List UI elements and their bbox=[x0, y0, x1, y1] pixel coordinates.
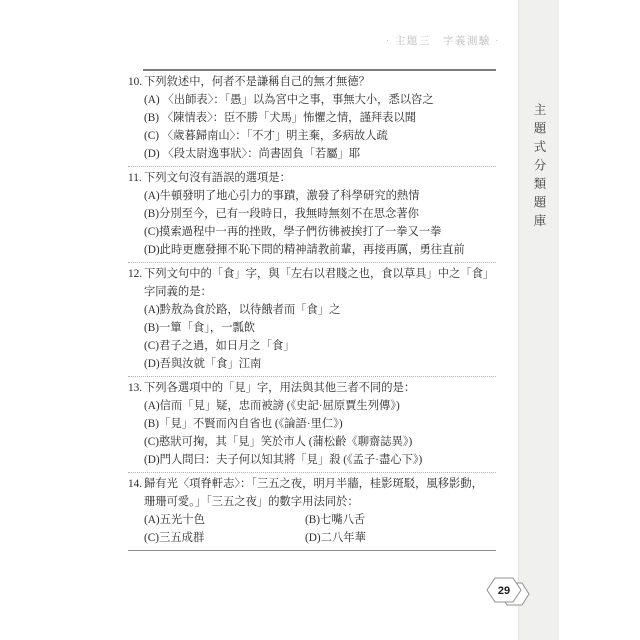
question-stem: 14.歸有光〈項脊軒志〉：「三五之夜，明月半牆，桂影斑駁，風移影動， bbox=[128, 475, 496, 493]
question-option: (B) 〈陳情表〉：臣不勝「犬馬」怖懼之情，謹拜表以聞 bbox=[128, 109, 496, 127]
question-option: (C) 〈歲暮歸南山〉：「不才」明主棄，多病故人疏 bbox=[128, 127, 496, 145]
question-stem: 12.下列文句中的「食」字，與「左右以君賤之也，食以草具」中之「食」 bbox=[128, 265, 496, 283]
question-stem-text: 下列各選項中的「見」字，用法與其他三者不同的是： bbox=[144, 382, 415, 394]
question-stem-text: 下列敘述中，何者不是謙稱自己的無才無德？ bbox=[144, 76, 370, 88]
question-option: (D)二八年華 bbox=[305, 529, 496, 547]
question-option: (B)分別至今，已有一段時日，我無時無刻不在思念著你 bbox=[128, 205, 496, 223]
question-stem-text: 歸有光〈項脊軒志〉：「三五之夜，明月半牆，桂影斑駁，風移影動， bbox=[144, 478, 483, 490]
question-12: 12.下列文句中的「食」字，與「左右以君賤之也，食以草具」中之「食」 字同義的是… bbox=[128, 262, 496, 376]
side-tab-label: 主題式分類題庫 bbox=[530, 103, 548, 233]
question-option: (B)一簞「食」，一瓢飲 bbox=[128, 319, 496, 337]
question-number: 12. bbox=[128, 265, 144, 283]
question-stem: 13.下列各選項中的「見」字，用法與其他三者不同的是： bbox=[128, 379, 496, 397]
side-tab: 主題式分類題庫 bbox=[518, 0, 559, 640]
question-option: (C)摸索過程中一再的挫敗，學子們彷彿被挨打了一拳又一拳 bbox=[128, 223, 496, 241]
question-option: (A)牛頓發明了地心引力的事蹟，激發了科學研究的熱情 bbox=[128, 187, 496, 205]
question-option: (C)憨狀可掬，其「見」笑於市人 (蒲松齡《聊齋誌異》) bbox=[128, 433, 496, 451]
question-option: (D) 〈段太尉逸事狀〉：尚書固負「若屬」耶 bbox=[128, 145, 496, 163]
question-number: 10. bbox=[128, 73, 144, 91]
question-stem-text: 下列文句沒有語誤的選項是： bbox=[144, 172, 291, 184]
question-10: 10.下列敘述中，何者不是謙稱自己的無才無德？ (A) 〈出師表〉：「愚」以為宮… bbox=[128, 71, 496, 166]
page-number-badge: 29 bbox=[485, 575, 535, 611]
question-number: 11. bbox=[128, 169, 144, 187]
question-option: (A) 〈出師表〉：「愚」以為宮中之事，事無大小，悉以咨之 bbox=[128, 91, 496, 109]
question-options-grid: (A)五光十色 (B)七嘴八舌 (C)三五成群 (D)二八年華 bbox=[128, 511, 496, 547]
question-list: 10.下列敘述中，何者不是謙稱自己的無才無德？ (A) 〈出師表〉：「愚」以為宮… bbox=[128, 71, 496, 551]
question-option: (B)「見」不賢而內自省也 (《論語·里仁》) bbox=[128, 415, 496, 433]
question-option: (A)黔敖為食於路，以待餓者而「食」之 bbox=[128, 301, 496, 319]
question-number: 13. bbox=[128, 379, 144, 397]
question-number: 14. bbox=[128, 475, 144, 493]
question-stem-continued: 字同義的是： bbox=[128, 283, 496, 301]
question-option: (D)門人問曰：夫子何以知其將「見」殺 (《孟子·盡心下》) bbox=[128, 451, 496, 469]
question-option: (D)吾與汝就「食」江南 bbox=[128, 355, 496, 373]
question-option: (C)三五成群 bbox=[144, 529, 305, 547]
book-page: · 主題三 字義測驗 · 主題式分類題庫 10.下列敘述中，何者不是謙稱自己的無… bbox=[0, 0, 640, 640]
page-number: 29 bbox=[498, 585, 510, 597]
question-stem-text: 下列文句中的「食」字，與「左右以君賤之也，食以草具」中之「食」 bbox=[144, 268, 494, 280]
question-option: (B)七嘴八舌 bbox=[305, 511, 496, 529]
running-head: · 主題三 字義測驗 · bbox=[386, 33, 500, 48]
question-stem: 10.下列敘述中，何者不是謙稱自己的無才無德？ bbox=[128, 73, 496, 91]
question-stem: 11.下列文句沒有語誤的選項是： bbox=[128, 169, 496, 187]
question-option: (D)此時更應發揮不恥下問的精神請教前輩，再接再厲，勇往直前 bbox=[128, 241, 496, 259]
question-option: (C)君子之過，如日月之「食」 bbox=[128, 337, 496, 355]
question-option: (A)信而「見」疑，忠而被謗 (《史記·屈原賈生列傳》) bbox=[128, 397, 496, 415]
question-option: (A)五光十色 bbox=[144, 511, 305, 529]
question-13: 13.下列各選項中的「見」字，用法與其他三者不同的是： (A)信而「見」疑，忠而… bbox=[128, 376, 496, 472]
question-14: 14.歸有光〈項脊軒志〉：「三五之夜，明月半牆，桂影斑駁，風移影動， 珊珊可愛。… bbox=[128, 472, 496, 550]
question-11: 11.下列文句沒有語誤的選項是： (A)牛頓發明了地心引力的事蹟，激發了科學研究… bbox=[128, 166, 496, 262]
question-stem-continued: 珊珊可愛。」「三五之夜」的數字用法同於： bbox=[128, 493, 496, 511]
